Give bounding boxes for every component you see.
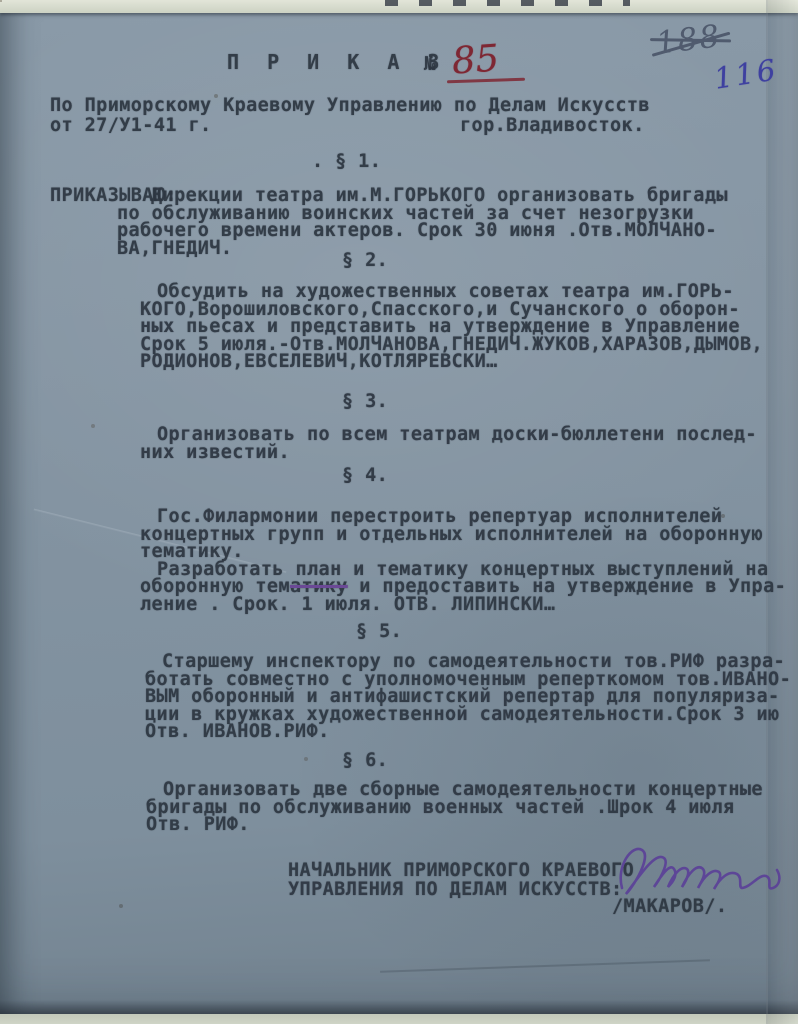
adjacent-page-bottom-edge: [0, 1014, 798, 1024]
signatory-title-line1: НАЧАЛЬНИК ПРИМОРСКОГО КРАЕВОГО: [288, 861, 634, 880]
order-number-handwritten: 85: [451, 36, 501, 82]
section-3-heading: § 3.: [342, 393, 388, 411]
cut-off-text-marks: [385, 0, 630, 6]
order-number-sign: №: [424, 56, 436, 74]
paragraph-line: Отв. ИВАНОВ.РИФ.: [145, 723, 791, 741]
section-4-paragraph: Гос.Филармонии перестроить репертуар исп…: [140, 508, 786, 613]
signatory-title-line2: УПРАВЛЕНИЯ ПО ДЕЛАМ ИСКУССТВ:: [288, 880, 634, 899]
paragraph-line: рабочего времени актеров. Срок 30 июня .…: [117, 222, 728, 240]
date-line: от 27/У1-41 г.: [50, 117, 212, 135]
paragraph-line: Обсудить на художественных советах театр…: [140, 283, 763, 301]
section-6-heading: § 6.: [342, 752, 388, 770]
paragraph-line: Дирекции театра им.М.ГОРЬКОГО организова…: [117, 187, 728, 205]
signature-typed-name: /МАКАРОВ/.: [612, 898, 727, 916]
paragraph-line: Старшему инспектору по самодеятельности …: [145, 653, 791, 671]
paragraph-line: ВА,ГНЕДИЧ.: [117, 240, 728, 258]
paragraph-line: ВЫМ оборонный и антифашистский репертар …: [145, 688, 791, 706]
paragraph-line: Организовать по всем театрам доски-бюлле…: [140, 426, 757, 444]
paragraph-line: тематику.: [140, 543, 786, 561]
order-title: П Р И К А З: [227, 54, 447, 72]
paragraph-line: РОДИОНОВ,ЕВСЕЛЕВИЧ,КОТЛЯРЕВСКИ…: [140, 353, 763, 371]
paragraph-line: ных пьесах и представить на утверждение …: [140, 318, 763, 336]
bottom-fold-shadow: [0, 1000, 798, 1014]
paragraph-line: ление . Срок. 1 июля. ОТВ. ЛИПИНСКИ…: [140, 596, 786, 614]
section-3-paragraph: Организовать по всем театрам доски-бюлле…: [140, 426, 757, 461]
section-1-heading: . § 1.: [312, 153, 381, 171]
signature: [612, 830, 784, 904]
section-1-paragraph: Дирекции театра им.М.ГОРЬКОГО организова…: [117, 187, 728, 257]
paragraph-line: Организовать две сборные самодеятельност…: [146, 781, 763, 799]
paper-crease: [380, 959, 710, 973]
paper-specks: [0, 0, 2, 2]
paragraph-line: Гос.Филармонии перестроить репертуар исп…: [140, 508, 786, 526]
paragraph-line: них известий.: [140, 444, 757, 462]
section-5-heading: § 5.: [356, 623, 402, 641]
org-line: По Приморскому Краевому Управлению по Де…: [50, 97, 650, 115]
signatory-title: НАЧАЛЬНИК ПРИМОРСКОГО КРАЕВОГО УПРАВЛЕНИ…: [288, 861, 634, 899]
section-4-heading: § 4.: [342, 467, 388, 485]
crossed-out-number: 188: [654, 18, 723, 62]
adjacent-page-top-edge: [0, 0, 798, 13]
section-6-paragraph: Организовать две сборные самодеятельност…: [146, 781, 763, 834]
section-2-heading: § 2.: [342, 252, 388, 270]
section-5-paragraph: Старшему инспектору по самодеятельности …: [145, 653, 791, 741]
paragraph-line-with-strikethrough: оборонную тематику и предоставить на утв…: [140, 578, 786, 596]
document-page: 188 116 П Р И К А З № 85 По Приморскому …: [0, 0, 798, 1024]
section-2-paragraph: Обсудить на художественных советах театр…: [140, 283, 763, 371]
city-line: гор.Владивосток.: [460, 117, 645, 135]
